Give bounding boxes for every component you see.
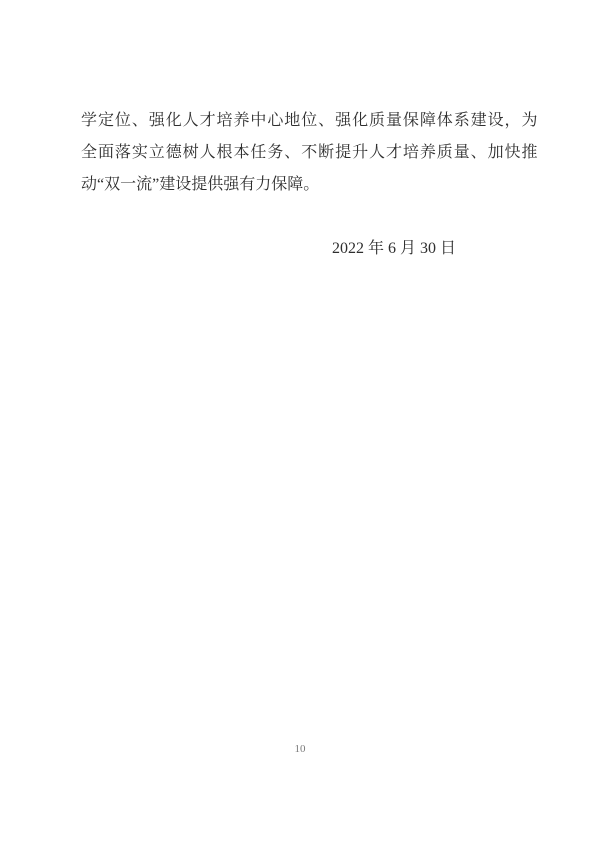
paragraph-line: 动“双一流”建设提供强有力保障。 <box>81 169 538 201</box>
date-line: 2022 年 6 月 30 日 <box>332 233 456 265</box>
paragraph-line: 全面落实立德树人根本任务、不断提升人才培养质量、加快推 <box>81 137 538 169</box>
paragraph: 学定位、强化人才培养中心地位、强化质量保障体系建设，为 全面落实立德树人根本任务… <box>81 105 538 201</box>
paragraph-line: 学定位、强化人才培养中心地位、强化质量保障体系建设，为 <box>81 105 538 137</box>
page-number: 10 <box>0 742 600 756</box>
document-page: 学定位、强化人才培养中心地位、强化质量保障体系建设，为 全面落实立德树人根本任务… <box>0 0 600 848</box>
